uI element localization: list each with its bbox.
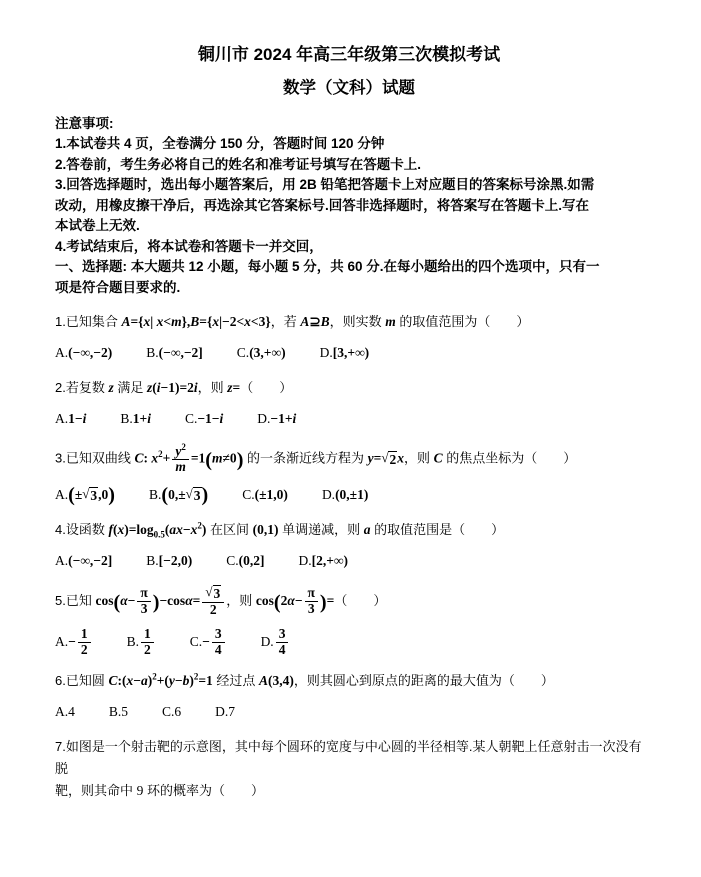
radical-body: 3 — [213, 585, 222, 602]
notice-line: 3.回答选择题时，选出每小题答案后，用 2B 铅笔把答题卡上对应题目的答案标号涂… — [55, 175, 643, 196]
option-label: A. — [55, 634, 68, 650]
text-run: 6.已知圆 — [55, 673, 108, 688]
option-b: B.[−2,0) — [146, 553, 192, 569]
math-op: 4 — [215, 642, 222, 657]
option-a: A.4 — [55, 704, 75, 720]
text-run: 靶，则其命中 — [55, 783, 137, 798]
option-b: B.5 — [109, 704, 128, 720]
math-op: = — [374, 450, 382, 465]
num-run: 4 — [68, 704, 75, 720]
text-run: ，则其圆心到原点的距离的最大值为（ ） — [294, 673, 554, 688]
option-label: C. — [237, 345, 249, 361]
option-label: D. — [257, 411, 270, 427]
math-op: −1+ — [270, 411, 292, 427]
question-stem-line: 靶，则其命中 9 环的概率为（ ） — [55, 780, 643, 802]
option-label: D. — [320, 345, 333, 361]
text-run: 7.如图是一个射击靶的示意图，其中每个圆环的宽度与中心圆的半径相等.某人朝靶上任… — [55, 739, 641, 776]
notice-line: 改动，用橡皮擦干净后，再选涂其它答案标号.回答非选择题时，将答案写在答题卡上.写… — [55, 196, 643, 217]
math-op: cos — [95, 593, 113, 608]
option-d: D.[2,+∞) — [298, 553, 348, 569]
option-label: B. — [149, 487, 161, 503]
notices-list: 1.本试卷共 4 页，全卷满分 150 分，答题时间 120 分钟2.答卷前，考… — [55, 134, 643, 257]
math-op: ={ — [130, 314, 143, 329]
radical-body: 3 — [193, 487, 202, 504]
num-run: 7 — [228, 704, 235, 720]
option-a: A.1−i — [55, 411, 86, 427]
fraction: √32 — [202, 585, 224, 618]
math-op: [3,+∞) — [333, 345, 369, 361]
options-row: A.(−∞,−2)B.(−∞,−2]C.(3,+∞)D.[3,+∞) — [55, 342, 643, 364]
math-var: i — [147, 411, 151, 427]
fraction-numerator: 1 — [141, 627, 154, 643]
text-run: 单调递减，则 — [278, 522, 363, 537]
math-var: α — [185, 593, 192, 608]
fraction: 34 — [276, 627, 289, 658]
math-op: 2 — [81, 642, 88, 657]
radical: √3 — [186, 487, 202, 504]
fraction-numerator: π — [137, 586, 150, 602]
math-op: 3 — [308, 601, 315, 616]
text-run: ，则 — [404, 450, 434, 465]
math-var: x — [397, 450, 404, 465]
option-label: A. — [55, 704, 68, 720]
option-d: D.34 — [261, 627, 291, 658]
math-op: ± — [75, 487, 82, 503]
notice-line: 1.本试卷共 4 页，全卷满分 150 分，答题时间 120 分钟 — [55, 134, 643, 155]
options-row: A.1−iB.1+iC.−1−iD.−1+i — [55, 408, 643, 430]
big-paren: ( — [274, 591, 281, 613]
big-paren: ( — [205, 449, 212, 471]
text-run: （ ） — [240, 380, 292, 395]
num-run: 5 — [121, 704, 128, 720]
option-a: A.−12 — [55, 627, 93, 658]
math-op: ,0 — [98, 487, 108, 503]
option-a: A.(±√3,0) — [55, 485, 115, 505]
fraction-denominator: m — [172, 460, 189, 475]
fraction-numerator: 1 — [78, 627, 91, 643]
fraction-denominator: 2 — [202, 603, 224, 618]
option-c: C.(3,+∞) — [237, 345, 286, 361]
math-op: − — [128, 593, 136, 608]
math-op: 4 — [279, 642, 286, 657]
option-label: B. — [146, 345, 158, 361]
big-paren: ) — [202, 485, 209, 505]
radical-sign: √ — [186, 487, 193, 501]
fraction-denominator: 2 — [141, 643, 154, 658]
math-var: B — [321, 314, 330, 329]
math-op: 1 — [144, 626, 151, 641]
math-var: m — [175, 459, 186, 474]
option-label: C. — [162, 704, 174, 720]
radical: √2 — [381, 451, 397, 468]
option-a: A.(−∞,−2) — [55, 345, 112, 361]
math-op: −1− — [197, 411, 219, 427]
math-op: 3 — [215, 626, 222, 641]
options-row: A.(±√3,0)B.(0,±√3)C.(±1,0)D.(0,±1) — [55, 484, 643, 506]
fraction-numerator: y2 — [172, 443, 189, 460]
text-run: ，若 — [271, 314, 301, 329]
text-run: 4.设函数 — [55, 522, 108, 537]
big-paren: ( — [68, 485, 75, 505]
question-stem-line: 7.如图是一个射击靶的示意图，其中每个圆环的宽度与中心圆的半径相等.某人朝靶上任… — [55, 736, 643, 780]
question-stem-line: 5.已知 cos(α−π3)−cosα=√32，则 cos(2α−π3)=（ ） — [55, 585, 643, 618]
math-op: (0,1) — [253, 522, 279, 537]
option-label: C. — [226, 553, 238, 569]
math-op: − — [68, 634, 76, 650]
section-heading-line: 项是符合题目要求的. — [55, 278, 643, 299]
math-var: B — [190, 314, 199, 329]
option-label: C. — [190, 634, 202, 650]
fraction-numerator: √3 — [202, 585, 224, 603]
text-run: 在区间 — [206, 522, 252, 537]
math-var: α — [287, 593, 294, 608]
option-d: D.−1+i — [257, 411, 296, 427]
question-stem-line: 6.已知圆 C:(x−a)2+(y−b)2=1 经过点 A(3,4)，则其圆心到… — [55, 670, 643, 692]
math-op: 2 — [210, 602, 217, 617]
question-4: 4.设函数 f(x)=log0.5(ax−x2) 在区间 (0,1) 单调递减，… — [55, 519, 643, 572]
math-op: < — [163, 314, 171, 329]
section-heading: 一、选择题: 本大题共 12 小题，每小题 5 分，共 60 分.在每小题给出的… — [55, 257, 643, 298]
option-label: D. — [322, 487, 335, 503]
math-var: i — [219, 411, 223, 427]
big-paren: ) — [320, 591, 327, 613]
text-run: 的取值范围是（ ） — [370, 522, 504, 537]
fraction-denominator: 3 — [305, 602, 318, 617]
math-op: ={ — [199, 314, 212, 329]
math-op: (0,±1) — [335, 487, 368, 503]
text-run: 的焦点坐标为（ ） — [443, 450, 577, 465]
text-run: （ ） — [334, 593, 386, 608]
option-label: A. — [55, 411, 68, 427]
math-op: − — [202, 634, 210, 650]
text-run: 经过点 — [213, 673, 259, 688]
math-op: (0,2] — [239, 553, 265, 569]
question-stem-line: 3.已知双曲线 C: x2+y2m=1(m≠0) 的一条渐近线方程为 y=√2x… — [55, 443, 643, 475]
fraction-denominator: 3 — [137, 602, 150, 617]
math-var: a — [141, 673, 148, 688]
math-op: − — [295, 593, 303, 608]
text-run: 满足 — [114, 380, 147, 395]
option-c: C.−1−i — [185, 411, 223, 427]
math-op: − — [175, 673, 183, 688]
math-op: 1+ — [133, 411, 147, 427]
math-var: m — [385, 314, 396, 329]
math-op: π — [140, 585, 147, 600]
math-op: ⊇ — [309, 314, 320, 329]
math-var: m — [212, 450, 223, 465]
option-d: D.7 — [215, 704, 235, 720]
math-op: 2 — [144, 642, 151, 657]
fraction: 34 — [212, 627, 225, 658]
math-op: [−2,0) — [159, 553, 193, 569]
fraction-numerator: π — [305, 586, 318, 602]
math-var: i — [83, 411, 87, 427]
options-row: A.4B.5C.6D.7 — [55, 701, 643, 723]
option-label: A. — [55, 487, 68, 503]
math-op: cos — [256, 593, 274, 608]
math-op: (−∞,−2] — [159, 345, 203, 361]
option-b: B.1+i — [120, 411, 151, 427]
question-1: 1.已知集合 A={x| x<m},B={x|−2<x<3}，若 A⊇B，则实数… — [55, 311, 643, 364]
options-row: A.(−∞,−2]B.[−2,0)C.(0,2]D.[2,+∞) — [55, 550, 643, 572]
math-op: 0,± — [168, 487, 186, 503]
subscript: 0.5 — [154, 530, 165, 540]
math-op: 1− — [68, 411, 82, 427]
math-op: |−2< — [219, 314, 244, 329]
math-op: }, — [182, 314, 191, 329]
option-a: A.(−∞,−2] — [55, 553, 112, 569]
math-var: ax — [169, 522, 183, 537]
option-d: D.(0,±1) — [322, 487, 368, 503]
text-run: 5.已知 — [55, 593, 95, 608]
option-b: B.12 — [127, 627, 156, 658]
option-label: B. — [146, 553, 158, 569]
radical-sign: √ — [205, 585, 212, 599]
math-op: −cos — [159, 593, 185, 608]
text-run: 环的概率为（ ） — [143, 783, 264, 798]
notice-line: 2.答卷前，考生务必将自己的姓名和准考证号填写在答题卡上. — [55, 155, 643, 176]
math-var: i — [293, 411, 297, 427]
math-var: m — [171, 314, 182, 329]
option-label: A. — [55, 345, 68, 361]
exam-title: 铜川市 2024 年高三年级第三次模拟考试 — [55, 42, 643, 67]
option-c: C.(0,2] — [226, 553, 264, 569]
questions-list: 1.已知集合 A={x| x<m},B={x|−2<x<3}，若 A⊇B，则实数… — [55, 311, 643, 802]
option-c: C.−34 — [190, 627, 227, 658]
section-heading-line: 一、选择题: 本大题共 12 小题，每小题 5 分，共 60 分.在每小题给出的… — [55, 257, 643, 278]
num-run: 6 — [174, 704, 181, 720]
text-run: 的取值范围为（ ） — [396, 314, 530, 329]
math-var: A — [259, 673, 268, 688]
radical-body: 2 — [388, 451, 397, 468]
option-label: D. — [261, 634, 274, 650]
option-label: B. — [109, 704, 121, 720]
exam-subtitle: 数学（文科）试题 — [55, 76, 643, 101]
option-label: C. — [242, 487, 254, 503]
math-op: =1 — [198, 673, 212, 688]
question-stem-line: 4.设函数 f(x)=log0.5(ax−x2) 在区间 (0,1) 单调递减，… — [55, 519, 643, 541]
text-run: 3.已知双曲线 — [55, 450, 134, 465]
fraction-numerator: 3 — [276, 627, 289, 643]
option-label: D. — [215, 704, 228, 720]
options-row: A.−12B.12C.−34D.34 — [55, 627, 643, 658]
text-run: ，则 — [198, 380, 228, 395]
option-c: C.6 — [162, 704, 181, 720]
text-run: ，则 — [226, 593, 256, 608]
math-op: 2 — [389, 452, 396, 467]
option-c: C.(±1,0) — [242, 487, 288, 503]
option-label: B. — [127, 634, 139, 650]
math-op: π — [308, 585, 315, 600]
question-2: 2.若复数 z 满足 z(i−1)=2i，则 z=（ ）A.1−iB.1+iC.… — [55, 377, 643, 430]
math-op: (−∞,−2) — [68, 345, 112, 361]
math-var: α — [120, 593, 127, 608]
radical-sign: √ — [82, 487, 89, 501]
fraction-denominator: 2 — [78, 643, 91, 658]
notices-heading: 注意事项: — [55, 114, 643, 134]
option-label: A. — [55, 553, 68, 569]
text-run: 的一条渐近线方程为 — [243, 450, 367, 465]
math-var: x — [244, 314, 251, 329]
question-stem-line: 2.若复数 z 满足 z(i−1)=2i，则 z=（ ） — [55, 377, 643, 399]
math-op: + — [163, 450, 171, 465]
fraction-numerator: 3 — [212, 627, 225, 643]
option-b: B.(−∞,−2] — [146, 345, 203, 361]
math-op: 3 — [214, 586, 221, 601]
math-op: [2,+∞) — [312, 553, 348, 569]
big-paren: ) — [108, 485, 115, 505]
fraction: π3 — [137, 586, 150, 617]
math-var: C — [434, 450, 443, 465]
fraction: y2m — [172, 443, 189, 475]
math-op: 3 — [90, 488, 97, 503]
math-op: ≠0 — [223, 450, 237, 465]
fraction: 12 — [141, 627, 154, 658]
notice-line: 本试卷上无效. — [55, 216, 643, 237]
math-op: +( — [157, 673, 169, 688]
fraction: 12 — [78, 627, 91, 658]
fraction-denominator: 4 — [276, 643, 289, 658]
math-op: )=log — [124, 522, 153, 537]
question-3: 3.已知双曲线 C: x2+y2m=1(m≠0) 的一条渐近线方程为 y=√2x… — [55, 443, 643, 506]
option-d: D.[3,+∞) — [320, 345, 370, 361]
option-label: D. — [298, 553, 311, 569]
option-label: B. — [120, 411, 132, 427]
fraction-denominator: 4 — [212, 643, 225, 658]
text-run: 1.已知集合 — [55, 314, 121, 329]
text-run: 2.若复数 — [55, 380, 108, 395]
option-label: C. — [185, 411, 197, 427]
radical: √3 — [82, 487, 98, 504]
radical: √3 — [205, 585, 221, 602]
question-5: 5.已知 cos(α−π3)−cosα=√32，则 cos(2α−π3)=（ ）… — [55, 585, 643, 657]
math-op: − — [133, 673, 141, 688]
fraction: π3 — [305, 586, 318, 617]
big-paren: ( — [161, 485, 168, 505]
math-var: A — [300, 314, 309, 329]
text-run: ，则实数 — [330, 314, 386, 329]
notice-line: 4.考试结束后，将本试卷和答题卡一并交回， — [55, 237, 643, 258]
math-op: −1)=2 — [161, 380, 194, 395]
math-op: =1 — [191, 450, 205, 465]
math-op: (±1,0) — [255, 487, 288, 503]
math-op: 3 — [141, 601, 148, 616]
radical-sign: √ — [381, 451, 388, 465]
math-op: 1 — [81, 626, 88, 641]
exam-page: 铜川市 2024 年高三年级第三次模拟考试 数学（文科）试题 注意事项: 1.本… — [0, 0, 701, 877]
math-op: (3,+∞) — [249, 345, 285, 361]
question-6: 6.已知圆 C:(x−a)2+(y−b)2=1 经过点 A(3,4)，则其圆心到… — [55, 670, 643, 723]
radical-body: 3 — [89, 487, 98, 504]
option-b: B.(0,±√3) — [149, 485, 208, 505]
question-7: 7.如图是一个射击靶的示意图，其中每个圆环的宽度与中心圆的半径相等.某人朝靶上任… — [55, 736, 643, 802]
question-stem-line: 1.已知集合 A={x| x<m},B={x|−2<x<3}，若 A⊇B，则实数… — [55, 311, 643, 333]
math-op: − — [183, 522, 191, 537]
math-op: 3 — [279, 626, 286, 641]
math-op: (−∞,−2] — [68, 553, 112, 569]
math-op: (3,4) — [268, 673, 294, 688]
math-op: = — [193, 593, 201, 608]
math-op: <3} — [251, 314, 271, 329]
superscript: 2 — [181, 442, 186, 452]
math-op: 3 — [194, 488, 201, 503]
